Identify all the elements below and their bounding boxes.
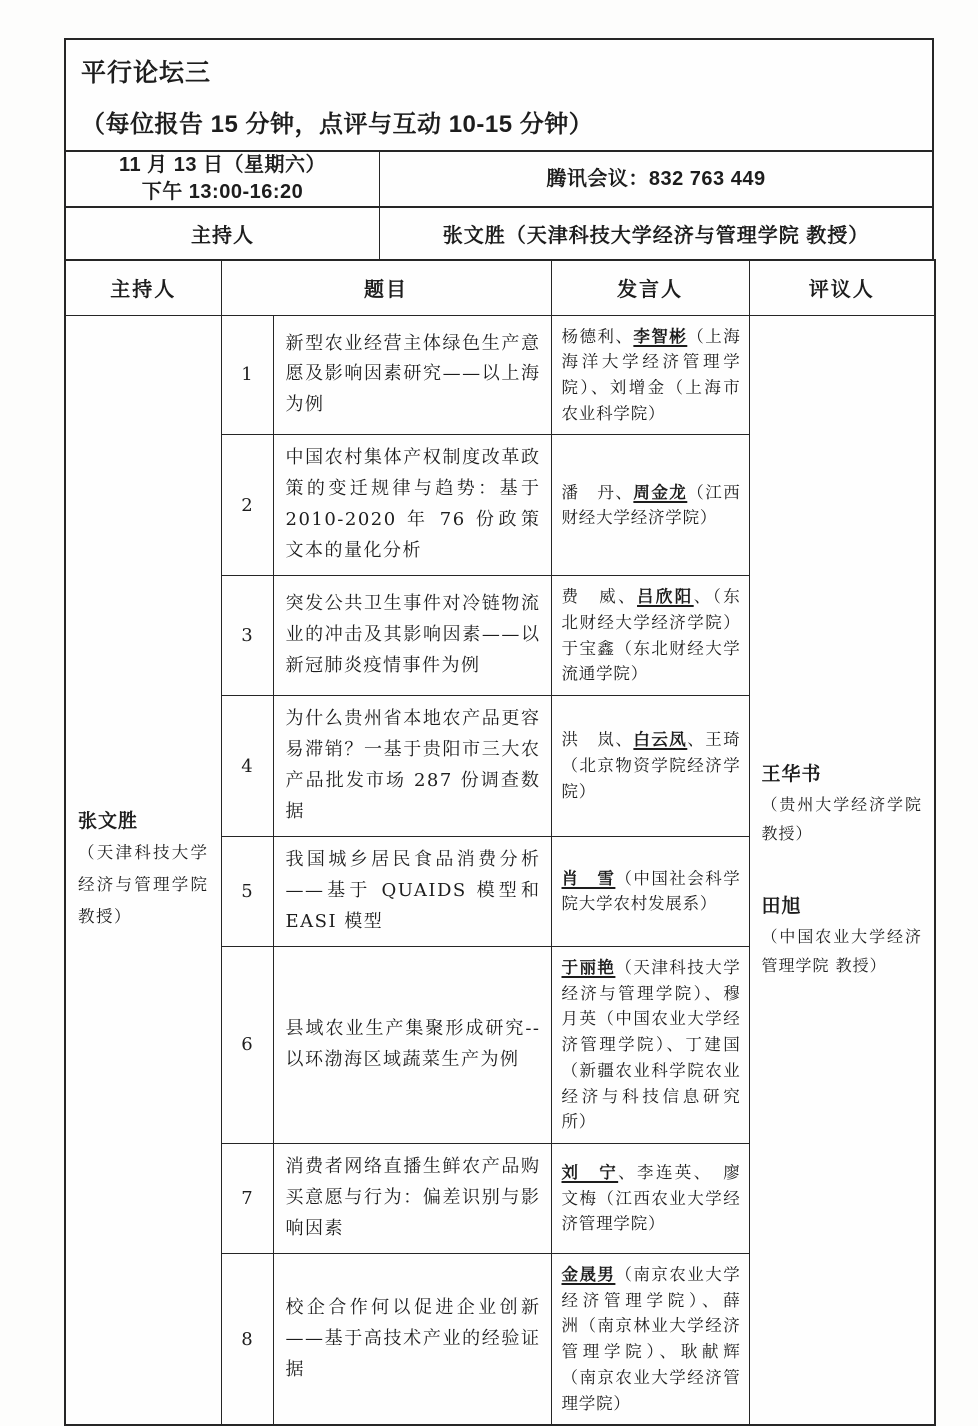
speaker-cell: 潘 丹、周金龙（江西财经大学经济学院） (551, 435, 749, 576)
speaker-cell: 刘 宁、李连英、 廖文梅（江西农业大学经济管理学院） (551, 1144, 749, 1254)
topic-cell: 中国农村集体产权制度改革政策的变迁规律与趋势：基于 2010-2020 年 76… (273, 435, 551, 576)
row-number-cell: 7 (221, 1144, 273, 1254)
topic-cell: 为什么贵州省本地农产品更容易滞销？一基于贵阳市三大农产品批发市场 287 份调查… (273, 696, 551, 837)
forum-title: 平行论坛三 (81, 53, 916, 89)
speaker-cell: 洪 岚、白云凤、王琦（北京物资学院经济学院） (551, 696, 749, 837)
speaker-name-highlight: 于丽艳 (562, 958, 616, 977)
row-number-cell: 1 (221, 315, 273, 435)
speaker-cell: 肖 雪（中国社会科学院大学农村发展系） (551, 837, 749, 947)
speaker-name-highlight: 周金龙 (633, 483, 687, 502)
moderator-cell: 张文胜（天津科技大学经济与管理学院 教授） (65, 315, 221, 1425)
moderator-name: 张文胜 (78, 806, 209, 833)
col-header-speaker: 发言人 (551, 260, 749, 315)
reviewer-name: 王华书 (762, 759, 923, 786)
program-table: 主持人 题目 发言人 评议人 张文胜（天津科技大学经济与管理学院 教授）1新型农… (64, 259, 936, 1426)
row-number-cell: 6 (221, 946, 273, 1143)
speaker-name-highlight: 李智彬 (633, 327, 687, 346)
row-number-cell: 3 (221, 576, 273, 696)
speaker-text: （南京农业大学经济管理学院）、薛 洲（南京林业大学经济管理学院）、耿献辉（南京农… (562, 1265, 758, 1413)
speaker-text: 潘 丹、 (562, 483, 634, 502)
col-header-topic: 题目 (221, 260, 551, 315)
topic-cell: 突发公共卫生事件对冷链物流业的冲击及其影响因素——以新冠肺炎疫情事件为例 (273, 576, 551, 696)
session-date: 11 月 13 日（星期六） (119, 152, 326, 179)
moderator-label: 主持人 (66, 208, 379, 259)
speaker-text: 费 威、 (562, 587, 638, 606)
speaker-name-highlight: 吕欣阳 (637, 587, 694, 606)
topic-cell: 校企合作何以促进企业创新——基于高技术产业的经验证据 (273, 1253, 551, 1425)
program-page: 平行论坛三 （每位报告 15 分钟，点评与互动 10-15 分钟） 11 月 1… (64, 38, 934, 1426)
speaker-name-highlight: 肖 雪 (562, 869, 616, 888)
col-header-reviewer: 评议人 (749, 260, 935, 315)
moderator-name-line: 张文胜（天津科技大学经济与管理学院 教授） (379, 208, 932, 259)
session-info-row: 11 月 13 日（星期六） 下午 13:00-16:20 腾讯会议：832 7… (64, 150, 934, 208)
reviewer-name: 田旭 (762, 891, 923, 918)
session-time: 下午 13:00-16:20 (142, 179, 304, 206)
reviewer-affiliation: （贵州大学经济学院教授） (762, 790, 923, 849)
speaker-cell: 费 威、吕欣阳、（东北财经大学经济学院）于宝鑫（东北财经大学流通学院） (551, 576, 749, 696)
col-header-moderator: 主持人 (65, 260, 221, 315)
moderator-affiliation: （天津科技大学经济与管理学院 教授） (78, 837, 209, 934)
row-number-cell: 5 (221, 837, 273, 947)
speaker-text: 洪 岚、 (562, 730, 634, 749)
forum-title-box: 平行论坛三 （每位报告 15 分钟，点评与互动 10-15 分钟） (64, 38, 934, 152)
table-row: 张文胜（天津科技大学经济与管理学院 教授）1新型农业经营主体绿色生产意愿及影响因… (65, 315, 935, 435)
speaker-name-highlight: 刘 宁 (562, 1163, 619, 1182)
topic-cell: 消费者网络直播生鲜农产品购买意愿与行为：偏差识别与影响因素 (273, 1144, 551, 1254)
speaker-text: （天津科技大学经济与管理学院）、穆月英（中国农业大学经济管理学院）、丁建国（新疆… (562, 958, 741, 1131)
speaker-name-highlight: 白云凤 (633, 730, 687, 749)
moderator-row: 主持人 张文胜（天津科技大学经济与管理学院 教授） (64, 206, 934, 261)
moderator: 张文胜（天津科技大学经济与管理学院 教授） (78, 806, 209, 934)
row-number-cell: 8 (221, 1253, 273, 1425)
meeting-id: 腾讯会议：832 763 449 (379, 152, 932, 206)
reviewer-affiliation: （中国农业大学经济管理学院 教授） (762, 922, 923, 981)
topic-cell: 新型农业经营主体绿色生产意愿及影响因素研究——以上海为例 (273, 315, 551, 435)
session-datetime: 11 月 13 日（星期六） 下午 13:00-16:20 (66, 152, 379, 206)
speaker-name-highlight: 金晟男 (562, 1265, 616, 1284)
row-number-cell: 2 (221, 435, 273, 576)
reviewer: 田旭（中国农业大学经济管理学院 教授） (762, 891, 923, 981)
reviewer: 王华书（贵州大学经济学院教授） (762, 759, 923, 849)
row-number-cell: 4 (221, 696, 273, 837)
reviewer-cell: 王华书（贵州大学经济学院教授）田旭（中国农业大学经济管理学院 教授） (749, 315, 935, 1425)
column-header-row: 主持人 题目 发言人 评议人 (65, 260, 935, 315)
speaker-cell: 金晟男（南京农业大学经济管理学院）、薛 洲（南京林业大学经济管理学院）、耿献辉（… (551, 1253, 749, 1425)
speaker-cell: 杨德利、李智彬（上海海洋大学经济管理学院）、刘增金（上海市农业科学院） (551, 315, 749, 435)
speaker-cell: 于丽艳（天津科技大学经济与管理学院）、穆月英（中国农业大学经济管理学院）、丁建国… (551, 946, 749, 1143)
forum-subtitle: （每位报告 15 分钟，点评与互动 10-15 分钟） (81, 104, 916, 139)
topic-cell: 县域农业生产集聚形成研究--以环渤海区域蔬菜生产为例 (273, 946, 551, 1143)
topic-cell: 我国城乡居民食品消费分析——基于 QUAIDS 模型和 EASI 模型 (273, 837, 551, 947)
speaker-text: 杨德利、 (562, 327, 634, 346)
